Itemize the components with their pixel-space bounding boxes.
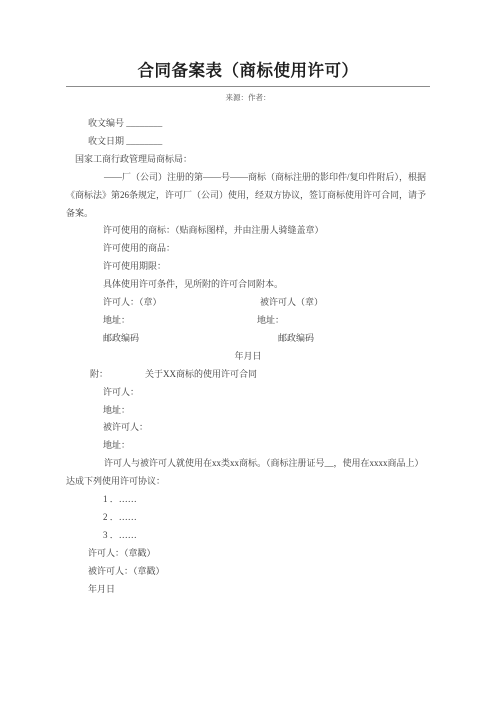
form-date-line: 年月日	[66, 348, 430, 366]
address-row: 地址： 地址：	[66, 312, 430, 330]
document-page: 合同备案表（商标使用许可） 来源：作者： 收文编号 ________ 收文日期 …	[0, 0, 500, 707]
licensee-address-label: 地址：	[257, 312, 284, 330]
licensee-postcode-label: 邮政编码	[278, 330, 314, 348]
agreement-item-2: 2 ．……	[66, 509, 430, 527]
license-term-line: 许可使用期限：	[66, 258, 430, 276]
attachment-heading-row: 附： 关于XX商标的使用许可合同	[66, 366, 430, 384]
licensed-trademark-line: 许可使用的商标：（贴商标图样，并由注册人骑缝盖章）	[66, 222, 430, 240]
source-author-line: 来源：作者：	[66, 93, 430, 103]
final-date-line: 年月日	[66, 581, 430, 599]
licensor-address-label: 地址：	[103, 312, 257, 330]
agreement-paragraph: 许可人与被许可人就使用在xx类xx商标。（商标注册证号__，使用在xxxx商品上…	[66, 455, 430, 491]
attachment-licensee-address-line: 地址：	[66, 437, 430, 455]
page-title: 合同备案表（商标使用许可）	[66, 60, 430, 87]
receipt-number-line: 收文编号 ________	[66, 115, 430, 133]
final-licensee-seal-line: 被许可人：（章戳）	[66, 563, 430, 581]
intro-paragraph: ——厂（公司）注册的第——号——商标（商标注册的影印件/复印件附后），根据《商标…	[66, 169, 430, 223]
receipt-date-line: 收文日期 ________	[66, 133, 430, 151]
licensor-seal-label: 许可人：（章）	[103, 294, 260, 312]
attachment-label: 附：	[90, 366, 108, 384]
licensee-seal-label: 被许可人（章）	[260, 294, 323, 312]
licensor-postcode-label: 邮政编码	[103, 330, 278, 348]
final-licensor-seal-line: 许可人：（章戳）	[66, 545, 430, 563]
postcode-row: 邮政编码 邮政编码	[66, 330, 430, 348]
license-conditions-line: 具体使用许可条件，见所附的许可合同附本。	[66, 276, 430, 294]
seal-row: 许可人：（章） 被许可人（章）	[66, 294, 430, 312]
addressee-line: 国家工商行政管理局商标局：	[66, 151, 430, 169]
licensed-goods-line: 许可使用的商品：	[66, 240, 430, 258]
contract-filing-form: 合同备案表（商标使用许可） 来源：作者： 收文编号 ________ 收文日期 …	[66, 60, 430, 598]
attachment-licensor-address-line: 地址：	[66, 402, 430, 420]
agreement-item-3: 3 ．……	[66, 527, 430, 545]
attachment-licensee-line: 被许可人：	[66, 419, 430, 437]
agreement-item-1: 1 ．……	[66, 491, 430, 509]
form-body: 收文编号 ________ 收文日期 ________ 国家工商行政管理局商标局…	[66, 115, 430, 598]
attachment-licensor-line: 许可人：	[66, 384, 430, 402]
attachment-title: 关于XX商标的使用许可合同	[145, 366, 257, 384]
